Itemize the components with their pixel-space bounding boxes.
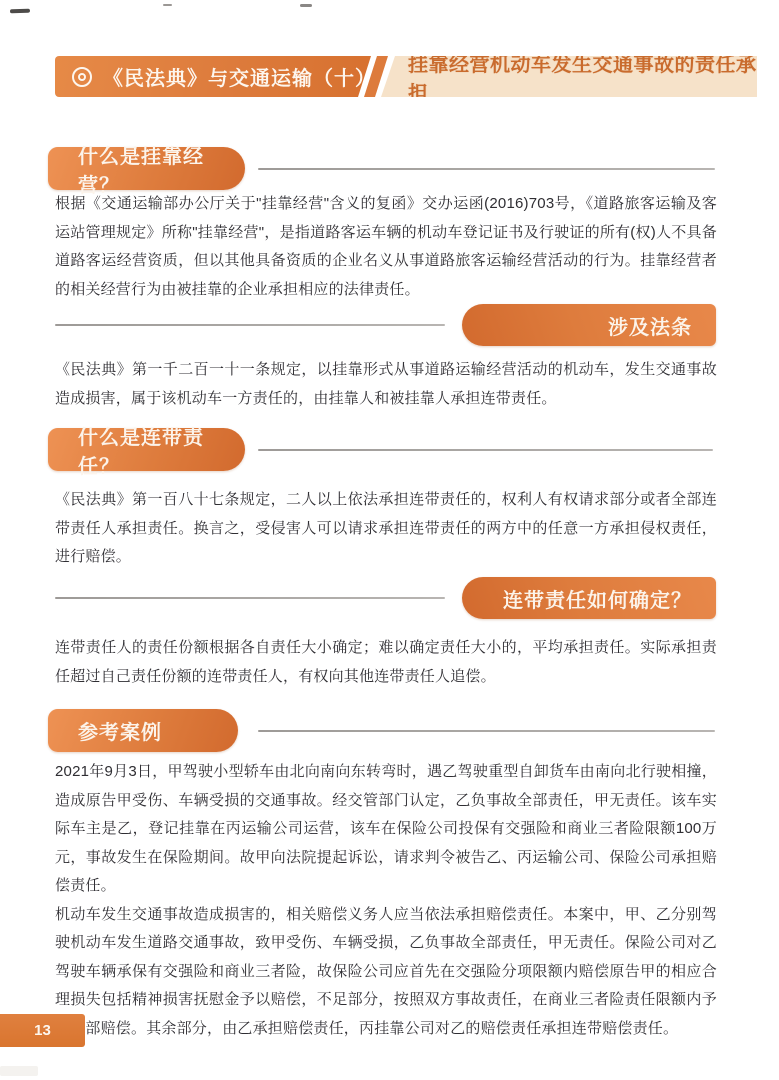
topic-title-banner: 挂靠经营机动车发生交通事故的责任承担 (381, 56, 757, 97)
document-page: 《民法典》与交通运输（十） 挂靠经营机动车发生交通事故的责任承担 什么是挂靠经营… (0, 0, 779, 1080)
page-number: 13 (34, 1022, 51, 1039)
divider-line (258, 449, 713, 451)
section-heading-label: 参考案例 (78, 716, 162, 745)
divider-line (258, 730, 715, 732)
section-heading-label: 涉及法条 (608, 311, 692, 340)
scan-artifact (0, 1066, 38, 1076)
section-heading-related-law: 涉及法条 (462, 304, 716, 346)
section-heading-what-is-affiliated-operation: 什么是挂靠经营？ (48, 147, 245, 190)
page-number-badge: 13 (0, 1014, 85, 1047)
divider-line (55, 324, 445, 326)
series-title: 《民法典》与交通运输（十） (103, 62, 371, 91)
paragraph-joint-liability-definition: 《民法典》第一百八十七条规定，二人以上依法承担连带责任的，权利人有权请求部分或者… (55, 486, 717, 572)
paragraph-affiliated-operation-definition: 根据《交通运输部办公厅关于"挂靠经营"含义的复函》交办运函(2016)703号，… (55, 190, 717, 304)
scan-artifact (163, 4, 172, 6)
divider-line (258, 168, 715, 170)
section-heading-label: 什么是挂靠经营？ (78, 140, 245, 198)
paragraph-civil-code-article-1211: 《民法典》第一千二百一十一条规定，以挂靠形式从事道路运输经营活动的机动车，发生交… (55, 356, 717, 413)
paragraph-case-facts: 2021年9月3日，甲驾驶小型轿车由北向南向东转弯时，遇乙驾驶重型自卸货车由南向… (55, 758, 717, 901)
series-title-banner: 《民法典》与交通运输（十） (55, 56, 371, 97)
scan-artifact (10, 9, 30, 14)
section-heading-reference-case: 参考案例 (48, 709, 238, 752)
section-heading-what-is-joint-liability: 什么是连带责任？ (48, 428, 245, 471)
scan-artifact (300, 4, 312, 7)
double-circle-icon (72, 67, 92, 87)
section-heading-label: 什么是连带责任？ (78, 421, 245, 479)
section-heading-how-joint-liability-determined: 连带责任如何确定？ (462, 577, 716, 619)
page-header: 《民法典》与交通运输（十） 挂靠经营机动车发生交通事故的责任承担 (55, 56, 757, 97)
paragraph-joint-liability-determination: 连带责任人的责任份额根据各自责任大小确定；难以确定责任大小的，平均承担责任。实际… (55, 634, 717, 691)
divider-line (55, 597, 445, 599)
section-heading-label: 连带责任如何确定？ (503, 584, 692, 613)
topic-title: 挂靠经营机动车发生交通事故的责任承担 (408, 48, 757, 106)
reference-case-body: 2021年9月3日，甲驾驶小型轿车由北向南向东转弯时，遇乙驾驶重型自卸货车由南向… (55, 758, 717, 1043)
paragraph-case-analysis: 机动车发生交通事故造成损害的，相关赔偿义务人应当依法承担赔偿责任。本案中，甲、乙… (55, 901, 717, 1044)
